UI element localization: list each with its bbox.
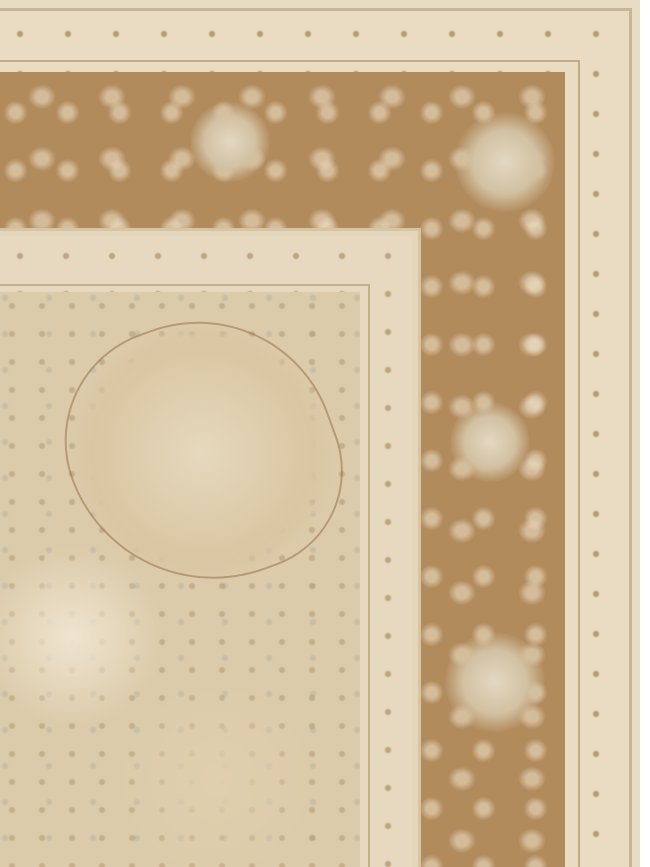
border-palmette — [450, 402, 530, 482]
rug-photo — [0, 0, 640, 867]
border-rosette-corner — [455, 112, 555, 212]
border-palmette — [190, 102, 270, 182]
border-rosette — [445, 632, 545, 732]
background-margin — [640, 0, 650, 867]
